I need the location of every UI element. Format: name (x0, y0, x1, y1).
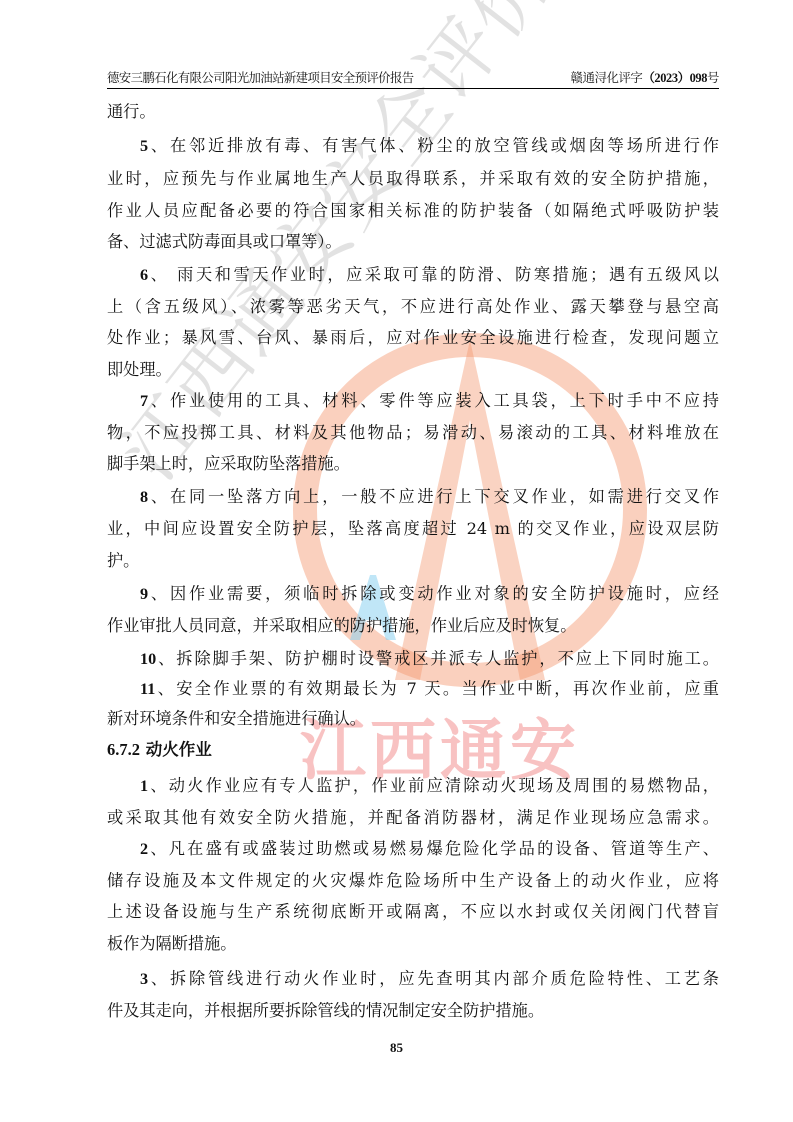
text-line: 备、过滤式防毒面具或口罩等）。 (107, 231, 719, 253)
list-item-6: 6、 雨天和雪天作业时，应采取可靠的防滑、防寒措施；遇有五级风以 (140, 264, 719, 286)
document-number: 赣通浔化评字（2023）098号 (570, 69, 719, 87)
list-item-11: 11、安全作业票的有效期最长为 7 天。当作业中断，再次作业前，应重 (140, 678, 719, 700)
text-line: 作业人员应配备必要的符合国家相关标准的防护装备（如隔绝式呼吸防护装 (107, 200, 719, 222)
list-item-1: 1、动火作业应有专人监护，作业前应清除动火现场及周围的易燃物品， (140, 775, 719, 797)
text-line: 护。 (107, 550, 719, 572)
document-page: 德安三鹏石化有限公司阳光加油站新建项目安全预评价报告 赣通浔化评字（2023）0… (0, 0, 793, 1122)
text-line: 板作为隔断措施。 (107, 933, 719, 955)
text-line: 业，中间应设置安全防护层，坠落高度超过 24 m 的交叉作业，应设双层防 (107, 518, 719, 540)
list-item-9: 9、因作业需要，须临时拆除或变动作业对象的安全防护设施时，应经 (140, 583, 719, 605)
text-line: 脚手架上时，应采取防坠落措施。 (107, 453, 719, 475)
text-line: 物，不应投掷工具、材料及其他物品；易滑动、易滚动的工具、材料堆放在 (107, 422, 719, 444)
list-item-7: 7、作业使用的工具、材料、零件等应装入工具袋，上下时手中不应持 (140, 390, 719, 412)
text-line: 通行。 (107, 101, 719, 123)
text-line: 作业审批人员同意，并采取相应的防护措施，作业后应及时恢复。 (107, 615, 719, 637)
list-item-3: 3、拆除管线进行动火作业时，应先查明其内部介质危险特性、工艺条 (140, 968, 719, 990)
text-line: 储存设施及本文件规定的火灾爆炸危险场所中生产设备上的动火作业，应将 (107, 870, 719, 892)
text-line: 件及其走向，并根据所要拆除管线的情况制定安全防护措施。 (107, 1000, 719, 1022)
text-line: 处作业；暴风雪、台风、暴雨后，应对作业安全设施进行检查，发现问题立 (107, 327, 719, 349)
list-item-10: 10、拆除脚手架、防护棚时设警戒区并派专人监护，不应上下同时施工。 (140, 648, 719, 670)
list-item-2: 2、凡在盛有或盛装过助燃或易燃易爆危险化学品的设备、管道等生产、 (140, 838, 719, 860)
section-heading: 6.7.2 动火作业 (107, 739, 212, 761)
list-item-5: 5、在邻近排放有毒、有害气体、粉尘的放空管线或烟囱等场所进行作 (140, 135, 719, 157)
text-line: 或采取其他有效安全防火措施，并配备消防器材，满足作业现场应急需求。 (107, 807, 719, 829)
report-title: 德安三鹏石化有限公司阳光加油站新建项目安全预评价报告 (107, 69, 414, 87)
page-number: 85 (0, 1040, 793, 1056)
list-item-8: 8、在同一坠落方向上，一般不应进行上下交叉作业，如需进行交叉作 (140, 486, 719, 508)
text-line: 即处理。 (107, 359, 719, 381)
page-header: 德安三鹏石化有限公司阳光加油站新建项目安全预评价报告 赣通浔化评字（2023）0… (107, 68, 719, 89)
text-line: 业时，应预先与作业属地生产人员取得联系，并采取有效的安全防护措施， (107, 168, 719, 190)
text-line: 上述设备设施与生产系统彻底断开或隔离，不应以水封或仅关闭阀门代替盲 (107, 901, 719, 923)
text-line: 新对环境条件和安全措施进行确认。 (107, 708, 719, 730)
text-line: 上（含五级风）、浓雾等恶劣天气，不应进行高处作业、露天攀登与悬空高 (107, 296, 719, 318)
